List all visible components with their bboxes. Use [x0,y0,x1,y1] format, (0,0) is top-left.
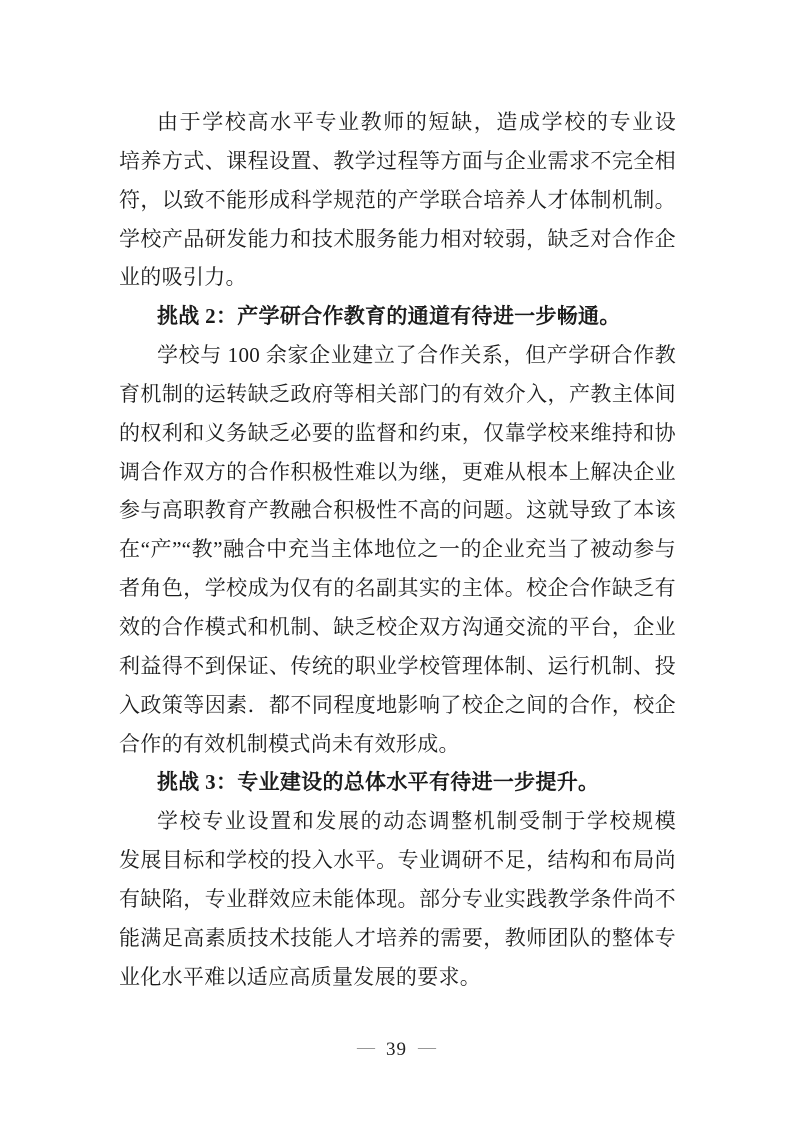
body-text-line: 学校产品研发能力和技术服务能力相对较弱，缺乏对合作企 [119,220,676,259]
document-body: 由于学校高水平专业教师的短缺，造成学校的专业设置、培养方式、课程设置、教学过程等… [119,103,676,996]
body-text-line: 调合作双方的合作积极性难以为继，更难从根本上解决企业 [119,453,676,492]
challenge-heading-line: 挑战 3：专业建设的总体水平有待进一步提升。 [119,763,676,802]
body-text-line: 者角色，学校成为仅有的名副其实的主体。校企合作缺乏有 [119,569,676,608]
body-text-line: 学校与 100 余家企业建立了合作关系，但产学研合作教 [119,336,676,375]
body-text-line: 育机制的运转缺乏政府等相关部门的有效介入，产教主体间 [119,375,676,414]
body-text-line: 有缺陷，专业群效应未能体现。部分专业实践教学条件尚不 [119,880,676,919]
body-text-line: 由于学校高水平专业教师的短缺，造成学校的专业设置、 [119,103,676,142]
page-footer: —39— [0,1037,793,1062]
body-text-line: 合作的有效机制模式尚未有效形成。 [119,725,676,764]
body-text-line: 发展目标和学校的投入水平。专业调研不足，结构和布局尚 [119,841,676,880]
body-text-line: 效的合作模式和机制、缺乏校企双方沟通交流的平台，企业 [119,608,676,647]
body-text-line: 培养方式、课程设置、教学过程等方面与企业需求不完全相 [119,142,676,181]
body-text-line: 符，以致不能形成科学规范的产学联合培养人才体制机制。 [119,181,676,220]
body-text-line: 业的吸引力。 [119,258,676,297]
challenge-heading-line: 挑战 2：产学研合作教育的通道有待进一步畅通。 [119,297,676,336]
body-text-line: 在“产”“教”融合中充当主体地位之一的企业充当了被动参与 [119,530,676,569]
body-text-line: 业化水平难以适应高质量发展的要求。 [119,958,676,997]
body-text-line: 能满足高素质技术技能人才培养的需要，教师团队的整体专 [119,919,676,958]
body-text-line: 的权利和义务缺乏必要的监督和约束，仅靠学校来维持和协 [119,414,676,453]
body-text-line: 学校专业设置和发展的动态调整机制受制于学校规模 [119,802,676,841]
document-page: 由于学校高水平专业教师的短缺，造成学校的专业设置、培养方式、课程设置、教学过程等… [0,0,793,1122]
page-number: 39 [386,1039,407,1060]
footer-right-dash: — [418,1037,436,1057]
body-text-line: 参与高职教育产教融合积极性不高的问题。这就导致了本该 [119,491,676,530]
body-text-line: 利益得不到保证、传统的职业学校管理体制、运行机制、投 [119,647,676,686]
footer-left-dash: — [357,1037,375,1057]
body-text-line: 入政策等因素．都不同程度地影响了校企之间的合作，校企 [119,686,676,725]
